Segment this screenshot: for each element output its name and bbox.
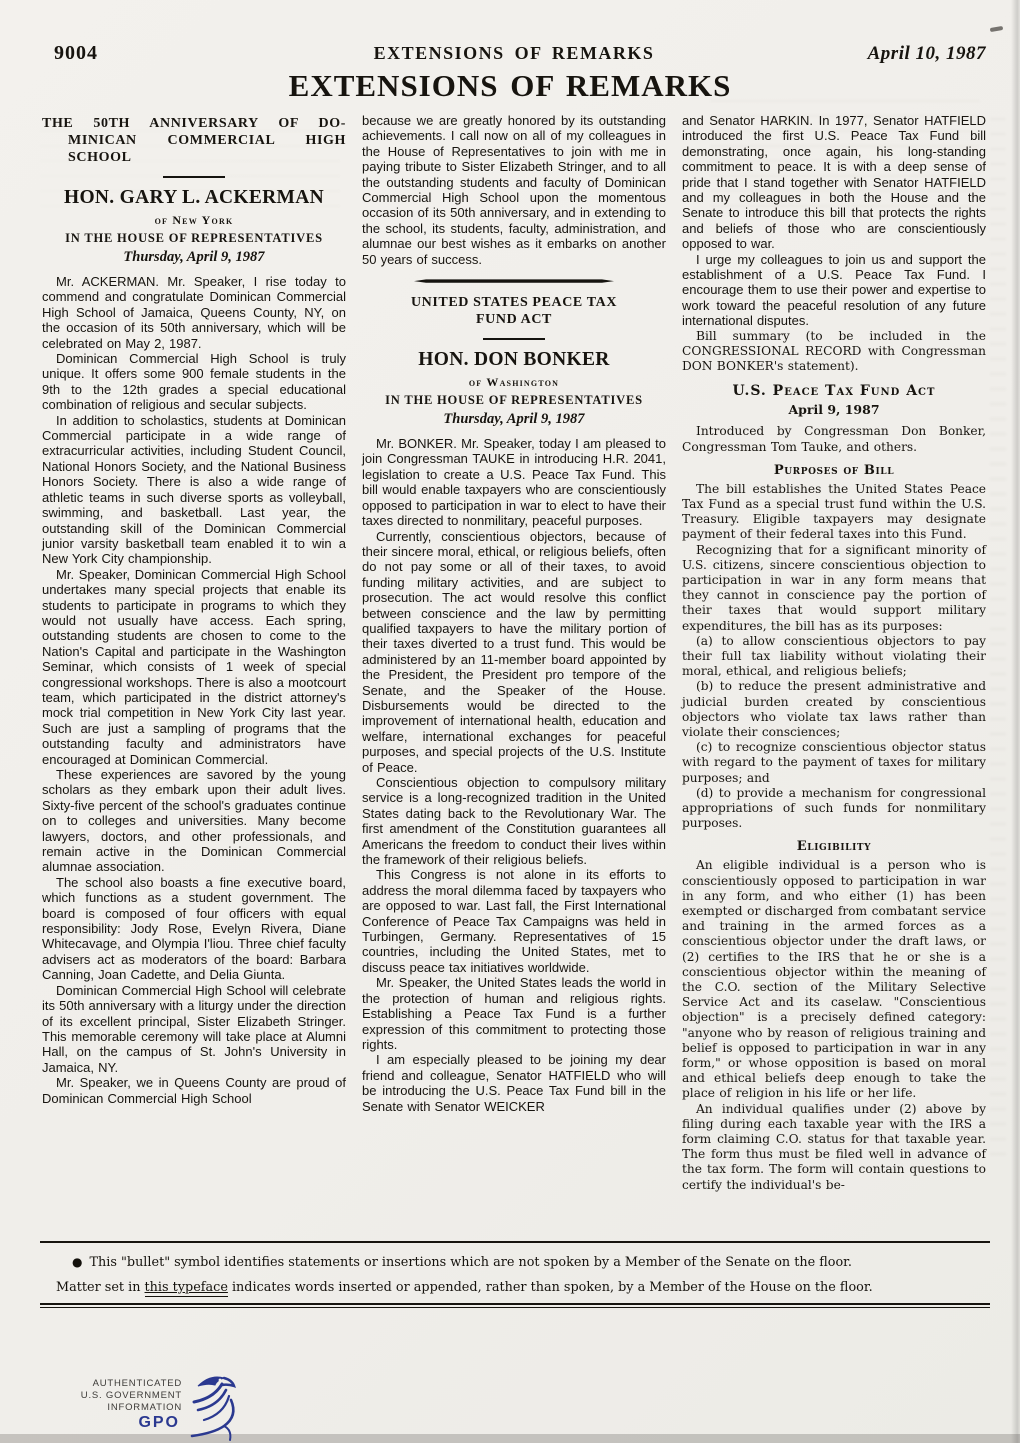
paragraph: and Senator HARKIN. In 1977, Senator HAT… [682,113,986,252]
running-head: EXTENSIONS OF REMARKS [374,43,655,64]
paragraph: I urge my colleagues to join us and supp… [682,252,986,329]
paragraph: (a) to allow conscientious objectors to … [682,634,986,680]
article-heading-line: FUND ACT [362,311,666,328]
paragraph: These experiences are savored by the you… [42,767,346,875]
heading-rule [163,176,225,178]
column-2: because we are greatly honored by its ou… [362,113,666,1238]
footnote-text: indicates words inserted or appended, ra… [228,1280,873,1295]
footer-rule-top [40,1241,990,1243]
paragraph: Conscientious objection to compulsory mi… [362,775,666,867]
subheading: U.S. Peace Tax Fund Act [682,383,986,399]
page-title: EXTENSIONS OF REMARKS [0,68,1020,104]
article-heading-line: MINICAN COMMERCIAL HIGH [42,132,346,149]
footnote-typeface-explanation: Matter set in this typeface indicates wo… [56,1275,982,1300]
paragraph: The bill establishes the United States P… [682,482,986,543]
paragraph: because we are greatly honored by its ou… [362,113,666,267]
masthead: 9004 EXTENSIONS OF REMARKS April 10, 198… [42,42,986,65]
paragraph: In addition to scholastics, students at … [42,413,346,567]
heading-rule [483,338,545,340]
gpo-authentication-logo: AUTHENTICATED U.S. GOVERNMENT INFORMATIO… [56,1372,246,1443]
gpo-abbr: GPO [56,1417,182,1429]
paragraph: (b) to reduce the present administrative… [682,679,986,740]
paragraph: Introduced by Congressman Don Bonker, Co… [682,424,986,454]
paragraph: (d) to provide a mechanism for congressi… [682,786,986,832]
page-number: 9004 [42,42,374,65]
gpo-text: AUTHENTICATED U.S. GOVERNMENT INFORMATIO… [56,1372,182,1429]
gpo-line: INFORMATION [56,1402,182,1414]
scan-edge-shadow [1011,0,1020,1443]
paragraph: The school also boasts a fine executive … [42,875,346,983]
article-heading: THE 50TH ANNIVERSARY OF DO-MINICAN COMME… [42,115,346,166]
member-state: of New York [42,213,346,228]
paragraph: Mr. Speaker, the United States leads the… [362,975,666,1052]
footer-rule-bottom [40,1303,990,1308]
gpo-line: AUTHENTICATED [56,1378,182,1390]
article-heading-line: THE 50TH ANNIVERSARY OF DO- [42,115,346,132]
chamber-line: IN THE HOUSE OF REPRESENTATIVES [42,231,346,246]
footnote-text: This "bullet" symbol identifies statemen… [89,1255,851,1270]
member-name: HON. DON BONKER [362,349,666,371]
bleedthrough-noise [990,118,1006,1168]
paragraph: I am especially pleased to be joining my… [362,1052,666,1114]
column-1: THE 50TH ANNIVERSARY OF DO-MINICAN COMME… [42,113,346,1238]
paragraph: Recognizing that for a significant minor… [682,543,986,634]
article-heading: UNITED STATES PEACE TAXFUND ACT [362,294,666,328]
article-heading-line: UNITED STATES PEACE TAX [362,294,666,311]
subheading: Purposes of Bill [682,463,986,478]
typeface-phrase: this typeface [145,1280,228,1297]
article-heading-line: SCHOOL [42,149,346,166]
member-name: HON. GARY L. ACKERMAN [42,187,346,209]
issue-date: April 10, 1987 [654,43,986,65]
member-state: of Washington [362,375,666,390]
columns: THE 50TH ANNIVERSARY OF DO-MINICAN COMME… [42,113,986,1238]
paragraph: Mr. BONKER. Mr. Speaker, today I am plea… [362,436,666,528]
paragraph: Dominican Commercial High School will ce… [42,983,346,1075]
paragraph: Dominican Commercial High School is trul… [42,351,346,413]
paragraph: (c) to recognize conscientious objector … [682,740,986,786]
gpo-line: U.S. GOVERNMENT [56,1390,182,1402]
chamber-line: IN THE HOUSE OF REPRESENTATIVES [362,393,666,408]
footer-notes: ●This "bullet" symbol identifies stateme… [56,1250,982,1300]
paragraph: An eligible individual is a person who i… [682,858,986,1101]
scan-artifact-mark [990,26,1003,32]
subheading: Eligibility [682,839,986,854]
paragraph: Mr. ACKERMAN. Mr. Speaker, I rise today … [42,274,346,351]
column-3: and Senator HARKIN. In 1977, Senator HAT… [682,113,986,1238]
eagle-icon [184,1372,246,1443]
paragraph: Mr. Speaker, we in Queens County are pro… [42,1075,346,1106]
paragraph: Bill summary (to be included in the CONG… [682,329,986,375]
bullet-icon: ● [72,1255,82,1269]
session-date: Thursday, April 9, 1987 [362,411,666,428]
session-date: Thursday, April 9, 1987 [42,249,346,266]
paragraph: An individual qualifies under (2) above … [682,1102,986,1193]
footnote-text: Matter set in [56,1280,145,1295]
paragraph: Mr. Speaker, Dominican Commercial High S… [42,567,346,767]
article-separator [414,279,614,283]
paragraph: Currently, conscientious objectors, beca… [362,529,666,776]
subheading: April 9, 1987 [682,402,986,417]
footnote-bullet-explanation: ●This "bullet" symbol identifies stateme… [56,1250,982,1275]
paragraph: This Congress is not alone in its effort… [362,867,666,975]
